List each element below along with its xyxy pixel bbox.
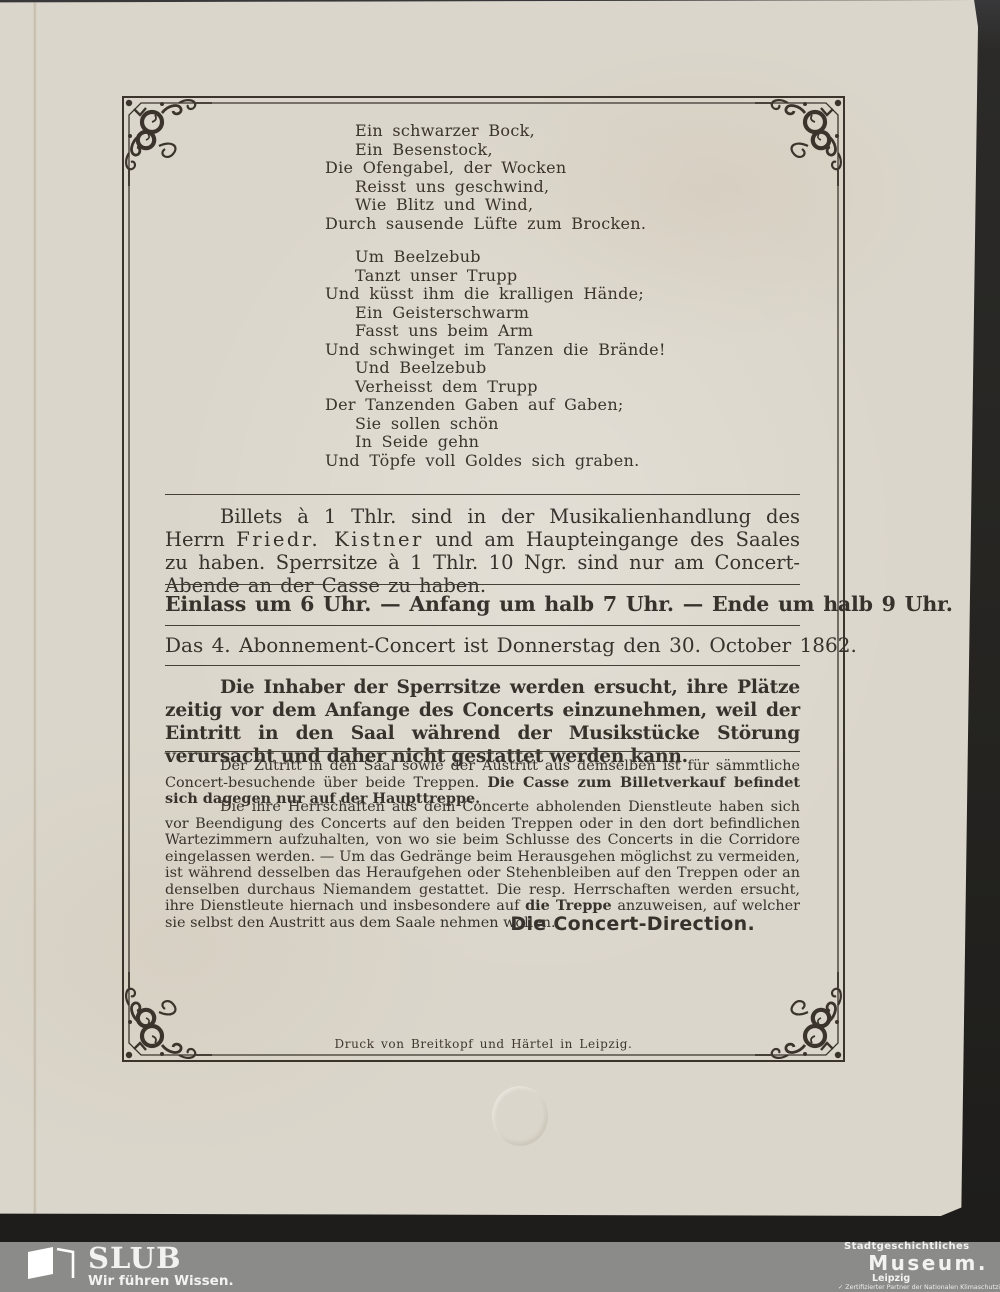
separator-rule — [165, 665, 800, 666]
poem-line: Um Beelzebub — [325, 248, 666, 267]
separator-rule — [165, 625, 800, 626]
poem-line: Und küsst ihm die kralligen Hände; — [325, 285, 666, 304]
scanned-document-page: Ein schwarzer Bock,Ein Besenstock,Die Of… — [0, 0, 978, 1216]
poem: Ein schwarzer Bock,Ein Besenstock,Die Of… — [325, 122, 666, 485]
servants-notice-bold: die Treppe — [525, 897, 612, 914]
poem-line: Tanzt unser Trupp — [325, 267, 666, 286]
poem-line: Der Tanzenden Gaben auf Gaben; — [325, 396, 666, 415]
poem-line: In Seide gehn — [325, 433, 666, 452]
separator-rule — [165, 584, 800, 585]
poem-line: Ein Geisterschwarm — [325, 304, 666, 323]
printer-imprint: Druck von Breitkopf und Härtel in Leipzi… — [122, 1037, 845, 1051]
poem-line: Sie sollen schön — [325, 415, 666, 434]
poem-line: Und schwinget im Tanzen die Brände! — [325, 341, 666, 360]
poem-line: Und Töpfe voll Goldes sich graben. — [325, 452, 666, 471]
poem-line: Durch sausende Lüfte zum Brocken. — [325, 215, 666, 234]
corner-ornament-top-right — [755, 100, 841, 186]
slub-tagline: Wir führen Wissen. — [88, 1273, 234, 1289]
next-concert-announcement: Das 4. Abonnement-Concert ist Donnerstag… — [165, 633, 800, 657]
museum-city: Leipzig — [838, 1274, 988, 1284]
slub-logo[interactable]: SLUB Wir führen Wissen. — [26, 1245, 234, 1289]
poem-line: Ein schwarzer Bock, — [325, 122, 666, 141]
poem-line: Die Ofengabel, der Wocken — [325, 159, 666, 178]
viewer-footer-bar: SLUB Wir führen Wissen. Stadtgeschichtli… — [0, 1242, 1000, 1292]
separator-rule — [165, 751, 800, 752]
separator-rule — [165, 494, 800, 495]
corner-ornament-top-left — [126, 100, 212, 186]
slub-book-icon — [26, 1245, 76, 1281]
poem-stanza-2: Um BeelzebubTanzt unser TruppUnd küsst i… — [325, 248, 666, 470]
slub-name: SLUB — [88, 1245, 234, 1271]
museum-certification-line: ✓ Zertifizierter Partner der Nationalen … — [838, 1285, 988, 1292]
seller-name: Friedr. Kistner — [236, 528, 424, 551]
poem-stanza-1: Ein schwarzer Bock,Ein Besenstock,Die Of… — [325, 122, 666, 233]
servants-notice: Die ihre Herrschaften aus dem Concerte a… — [165, 799, 800, 931]
poem-line: Ein Besenstock, — [325, 141, 666, 160]
poem-line: Verheisst dem Trupp — [325, 378, 666, 397]
poem-line: Reisst uns geschwind, — [325, 178, 666, 197]
page-fold-crease — [33, 0, 37, 1216]
poem-line: Wie Blitz und Wind, — [325, 196, 666, 215]
poem-line: Und Beelzebub — [325, 359, 666, 378]
embossed-library-stamp — [492, 1086, 548, 1146]
reserved-seats-notice: Die Inhaber der Sperrsitze werden ersuch… — [165, 676, 800, 768]
museum-logo[interactable]: Stadtgeschichtliches Museum. Leipzig ✓ Z… — [838, 1242, 988, 1291]
museum-wordmark: Museum. — [838, 1253, 988, 1274]
servants-notice-text: Die ihre Herrschaften aus dem Concerte a… — [165, 799, 800, 914]
concert-direction-signature: Die Concert-Direction. — [165, 913, 800, 935]
slub-wordmark: SLUB Wir führen Wissen. — [88, 1245, 234, 1289]
poem-line: Fasst uns beim Arm — [325, 322, 666, 341]
concert-times-line: Einlass um 6 Uhr. — Anfang um halb 7 Uhr… — [165, 592, 800, 616]
